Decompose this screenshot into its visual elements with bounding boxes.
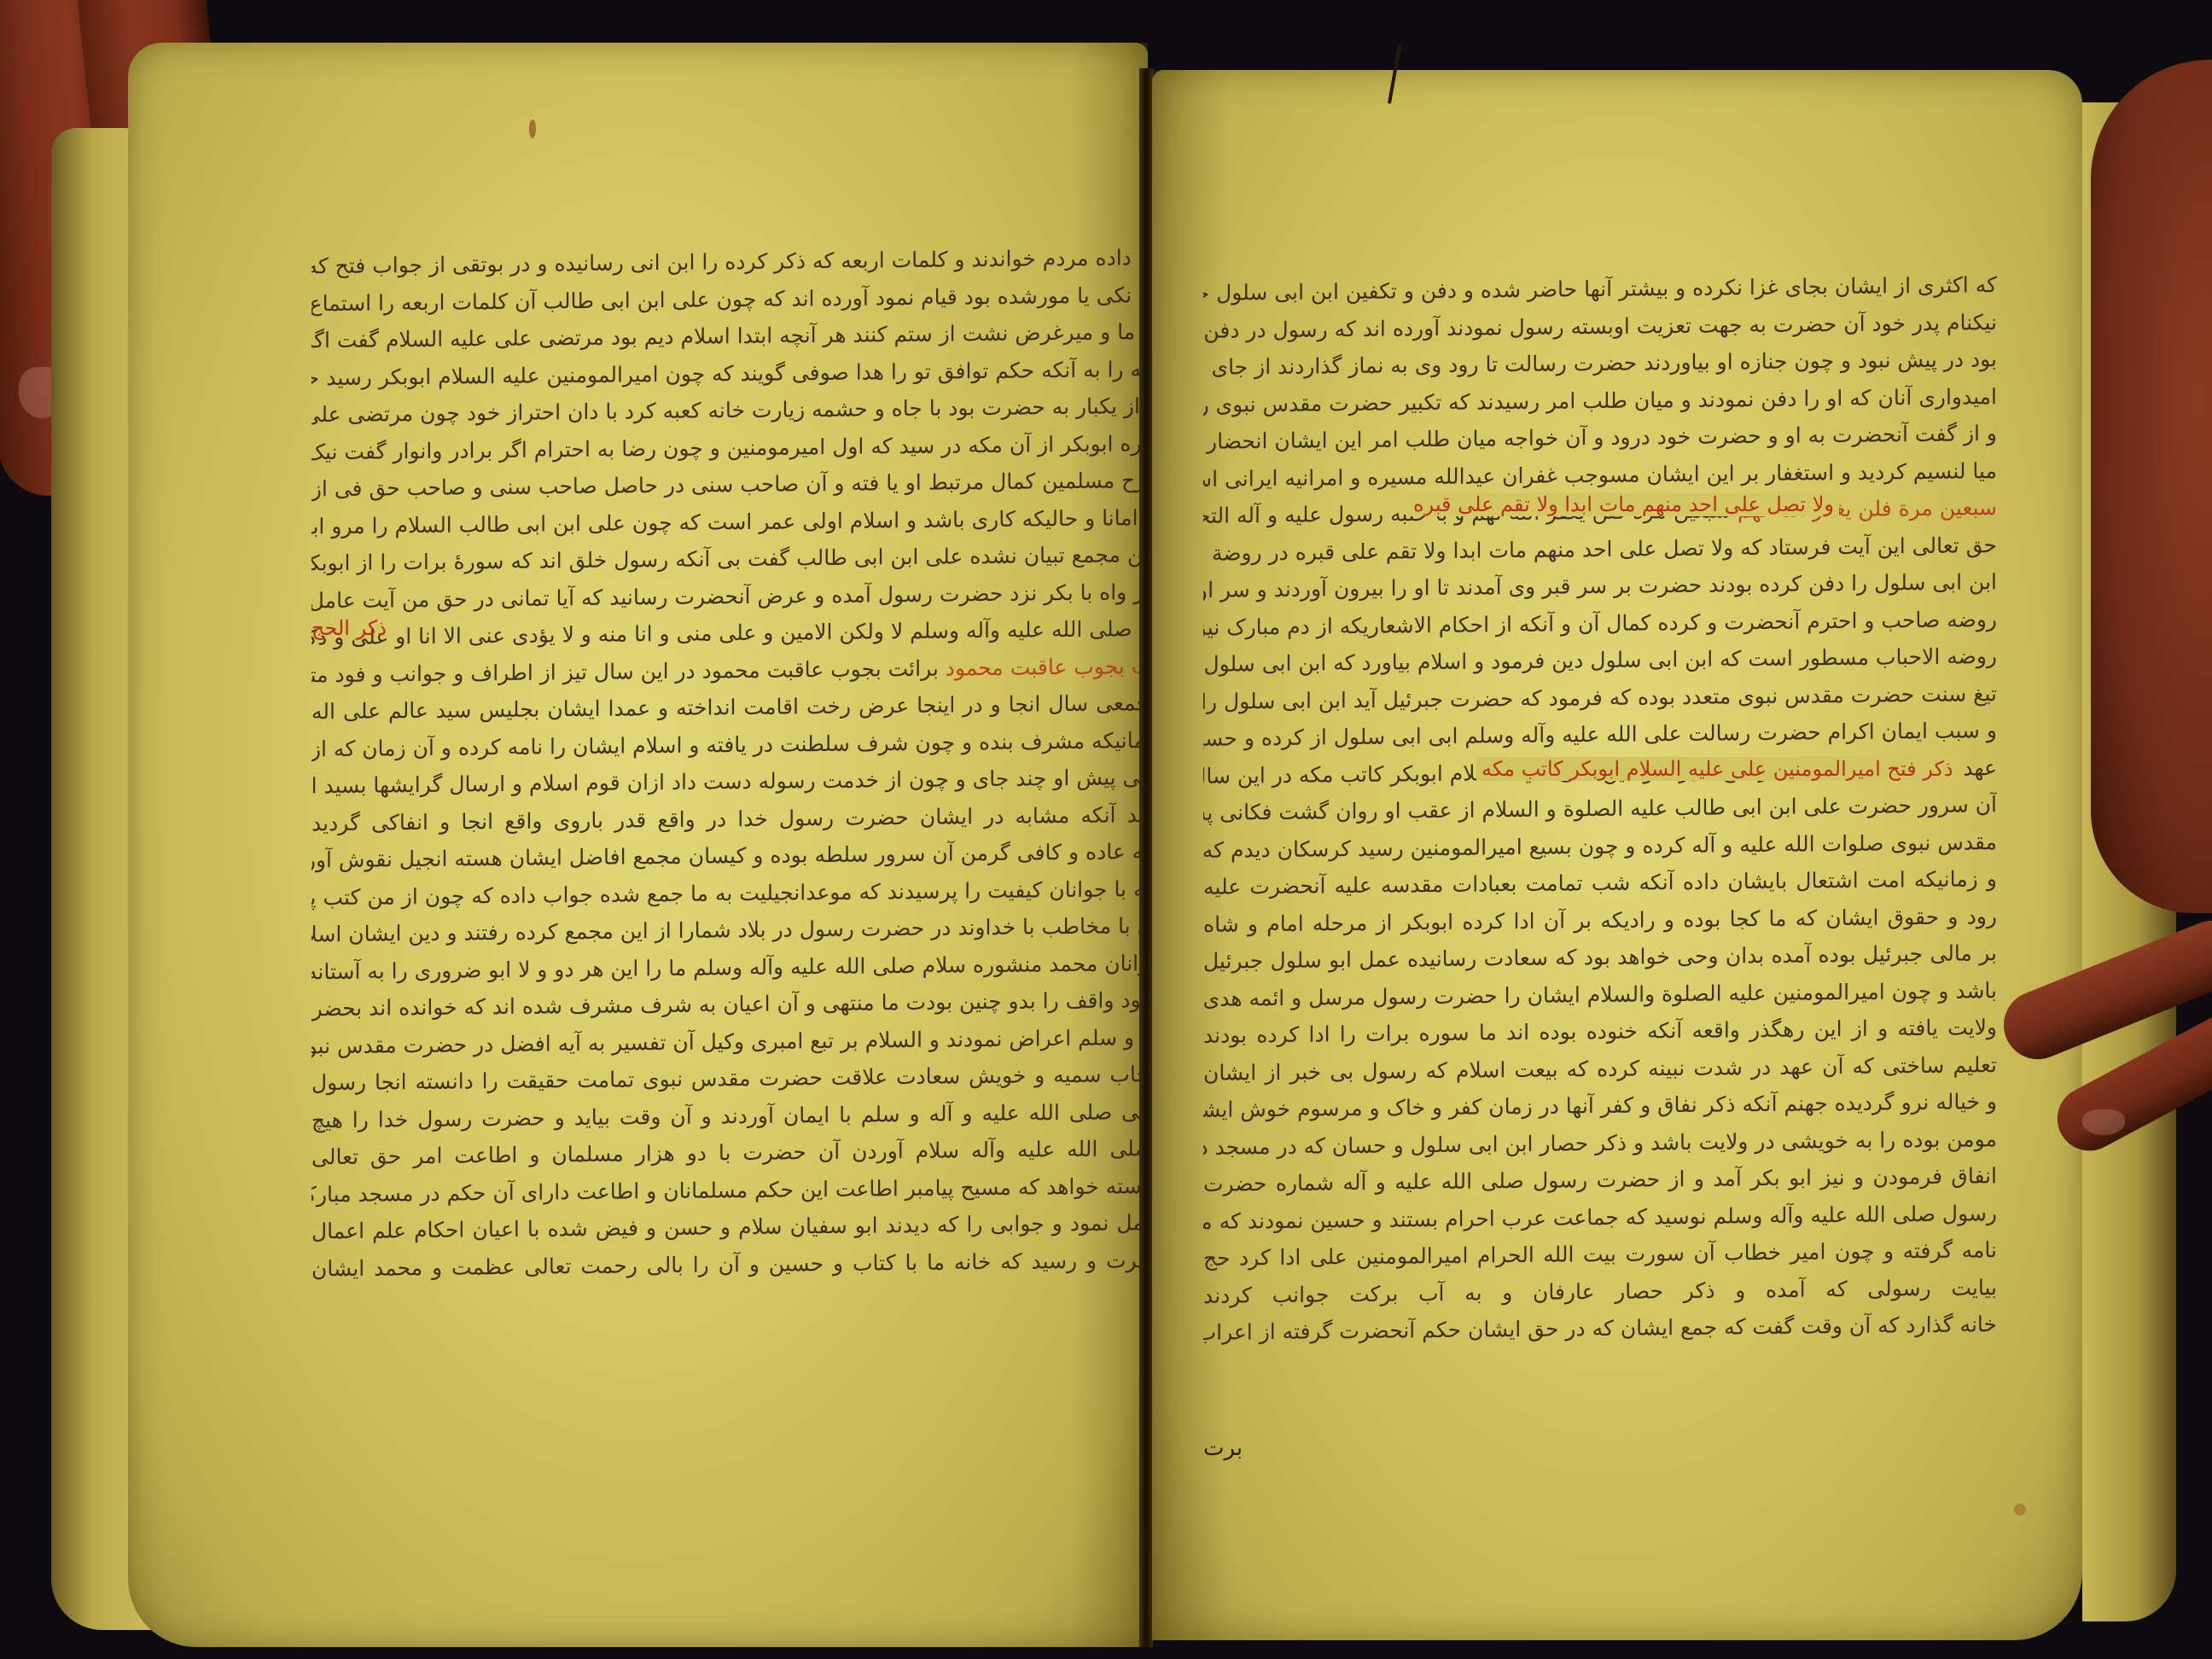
ink-stain: [2014, 1504, 2026, 1516]
left-page-text: برات داده مردم خواندند و کلمات اربعه که …: [311, 243, 1182, 1283]
right-hand-palm: [2091, 60, 2212, 913]
text-line-body: میا لنسیم کردید و استغفار بر این ایشان م…: [1203, 458, 1997, 492]
right-page-text: که اکثری از ایشان بجای غزا نکرده و بیشتر…: [1203, 271, 1997, 1348]
left-page: برات داده مردم خواندند و کلمات اربعه که …: [128, 43, 1148, 1647]
page-top-mark: [1388, 44, 1401, 104]
text-line-body: النبی صلی الله علیه وآله وسلم لا ولکن ال…: [311, 616, 1182, 650]
text-line-body: حق تعالی این آیت فرستاد که ولا تصل علی ا…: [1203, 533, 1997, 568]
manuscript-photo: برات داده مردم خواندند و کلمات اربعه که …: [0, 0, 2212, 1659]
ink-stain: [529, 119, 536, 138]
red-rubric-overlay: ذکر فتح امیرالمومنین علی علیه السلام ابو…: [1476, 757, 1959, 781]
right-page: که اکثری از ایشان بجای غزا نکرده و بیشتر…: [1152, 70, 2082, 1640]
book-gutter: [1139, 68, 1153, 1647]
text-line: خانه گذارد که آن وقت گفت که جمع ایشان که…: [1203, 1306, 1997, 1351]
text-line-body: برائت بجوب عاقبت محمود در این سال تیز از…: [311, 655, 939, 691]
red-rubric-overlay: ولا تصل علی احد منهم مات ابدا ولا تقم عل…: [1408, 492, 1839, 516]
right-hand-nail: [2082, 1109, 2125, 1135]
marginal-rubric: ذکر الحج: [311, 616, 387, 640]
catchword: برت: [1203, 1435, 1243, 1461]
